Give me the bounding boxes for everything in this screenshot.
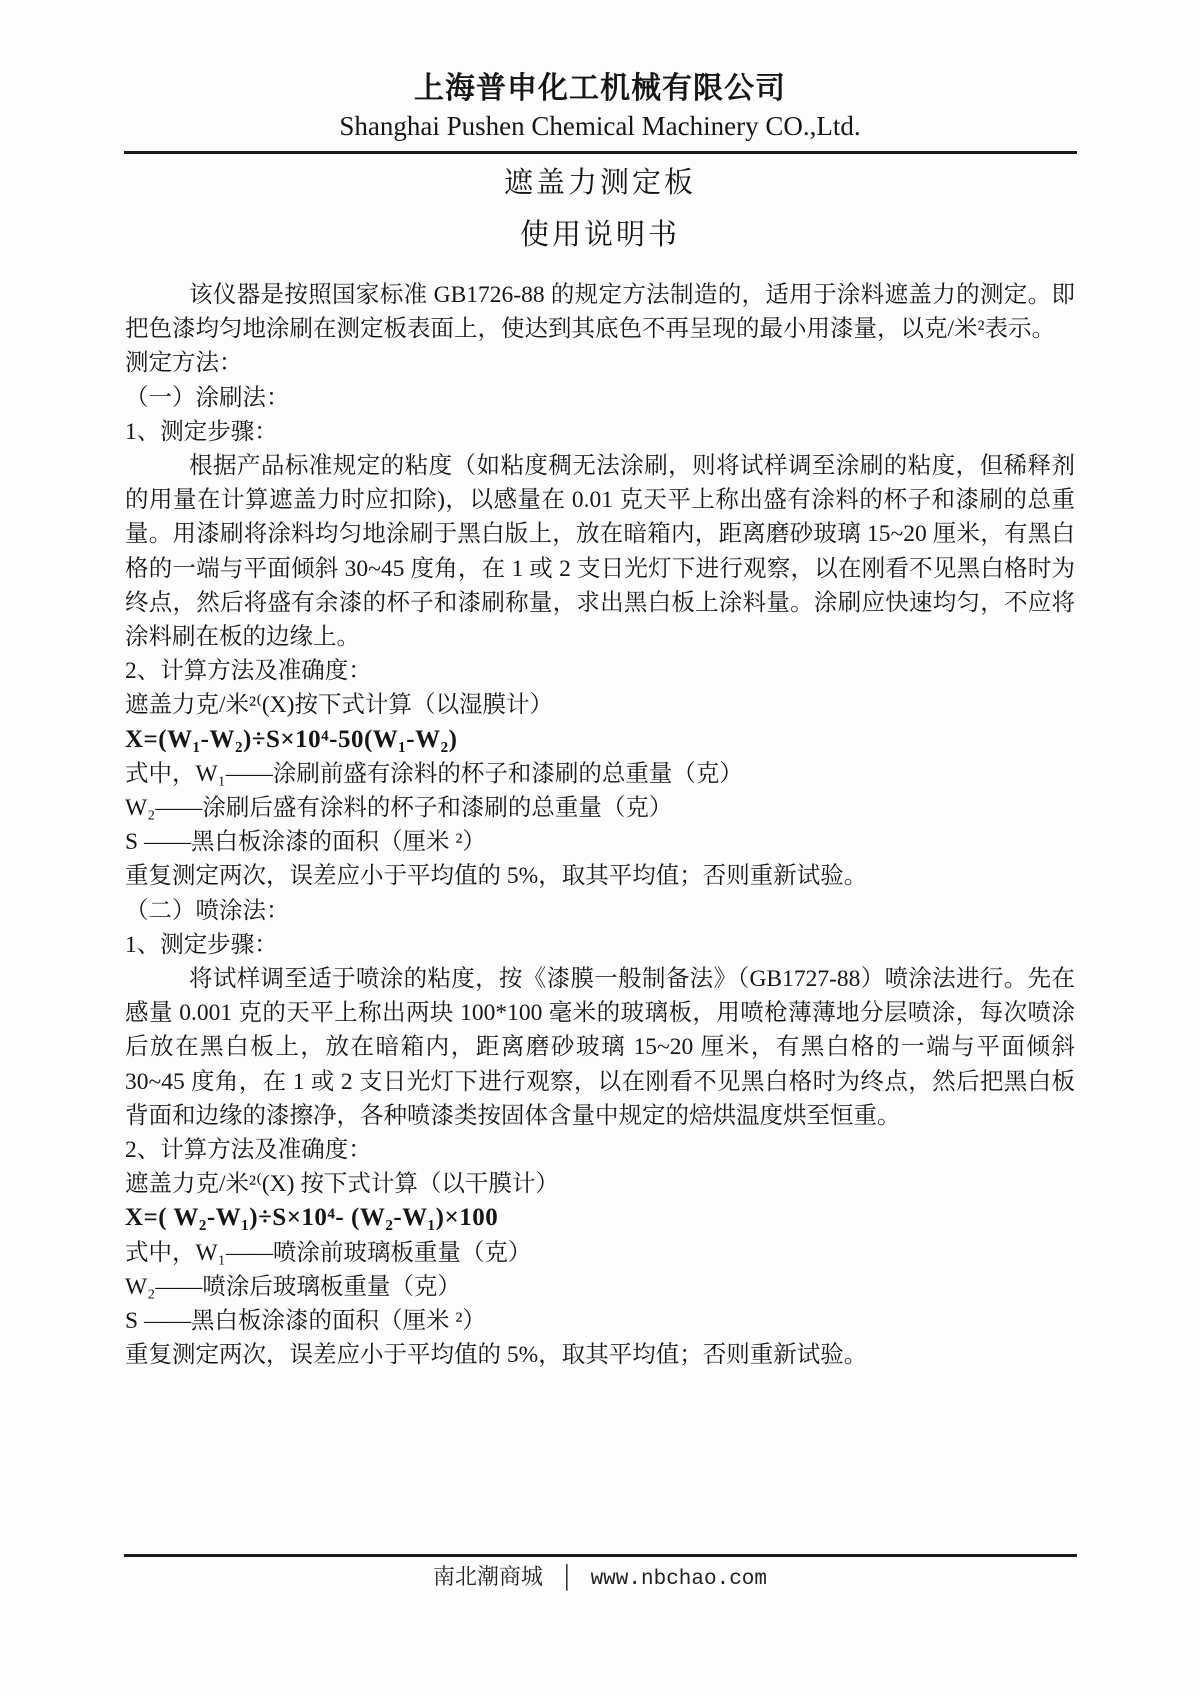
section1-step-paragraph: 根据产品标准规定的粘度（如粘度稠无法涂刷，则将试样调至涂刷的粘度，但稀释剂的用量… <box>125 449 1075 654</box>
section1-where-w1: 式中，W₁——涂刷前盛有涂料的杯子和漆刷的总重量（克） <box>125 757 1075 791</box>
section2-formula-intro: 遮盖力克/米²⁽(X) 按下式计算（以干膜计） <box>125 1167 1075 1201</box>
section1-formula-intro: 遮盖力克/米²⁽(X)按下式计算（以湿膜计） <box>125 688 1075 722</box>
section2-where-s: S ——黑白板涂漆的面积（厘米 ²） <box>125 1304 1075 1338</box>
section2-calc-heading: 2、计算方法及准确度： <box>125 1133 1075 1167</box>
section2-repeat-note: 重复测定两次，误差应小于平均值的 5%，取其平均值；否则重新试验。 <box>125 1338 1075 1372</box>
footer-url: www.nbchao.com <box>591 1568 767 1591</box>
company-name-cn: 上海普申化工机械有限公司 <box>0 0 1200 106</box>
footer-separator: │ <box>543 1564 591 1589</box>
section2-heading: （二）喷涂法： <box>125 894 1075 928</box>
section1-repeat-note: 重复测定两次，误差应小于平均值的 5%，取其平均值；否则重新试验。 <box>125 859 1075 893</box>
intro-paragraph: 该仪器是按照国家标准 GB1726-88 的规定方法制造的，适用于涂料遮盖力的测… <box>125 278 1075 346</box>
section1-where-s: S ——黑白板涂漆的面积（厘米 ²） <box>125 825 1075 859</box>
method-label: 测定方法： <box>125 346 1075 380</box>
section2-formula: X=( W₂-W₁)÷S×10⁴- (W₂-W₁)×100 <box>125 1201 1075 1235</box>
section1-formula: X=(W₁-W₂)÷S×10⁴-50(W₁-W₂) <box>125 723 1075 757</box>
section1-heading: （一）涂刷法： <box>125 381 1075 415</box>
section1-where-w2: W₂——涂刷后盛有涂料的杯子和漆刷的总重量（克） <box>125 791 1075 825</box>
header-rule <box>124 151 1077 154</box>
section2-where-w1: 式中，W₁——喷涂前玻璃板重量（克） <box>125 1236 1075 1270</box>
footer: 南北潮商城│www.nbchao.com <box>0 1562 1200 1595</box>
document-subtitle: 使用说明书 <box>0 219 1200 251</box>
section2-step-paragraph: 将试样调至适于喷涂的粘度，按《漆膜一般制备法》（GB1727-88）喷涂法进行。… <box>125 962 1075 1133</box>
footer-site-name: 南北潮商城 <box>433 1564 543 1589</box>
company-name-en: Shanghai Pushen Chemical Machinery CO.,L… <box>0 111 1200 141</box>
document-page: 上海普申化工机械有限公司 Shanghai Pushen Chemical Ma… <box>0 0 1200 1697</box>
document-title: 遮盖力测定板 <box>0 167 1200 199</box>
section2-where-w2: W₂——喷涂后玻璃板重量（克） <box>125 1270 1075 1304</box>
footer-rule <box>124 1554 1077 1557</box>
section1-calc-heading: 2、计算方法及准确度： <box>125 654 1075 688</box>
section2-step-heading: 1、测定步骤： <box>125 928 1075 962</box>
section1-step-heading: 1、测定步骤： <box>125 415 1075 449</box>
document-body: 该仪器是按照国家标准 GB1726-88 的规定方法制造的，适用于涂料遮盖力的测… <box>125 278 1075 1373</box>
